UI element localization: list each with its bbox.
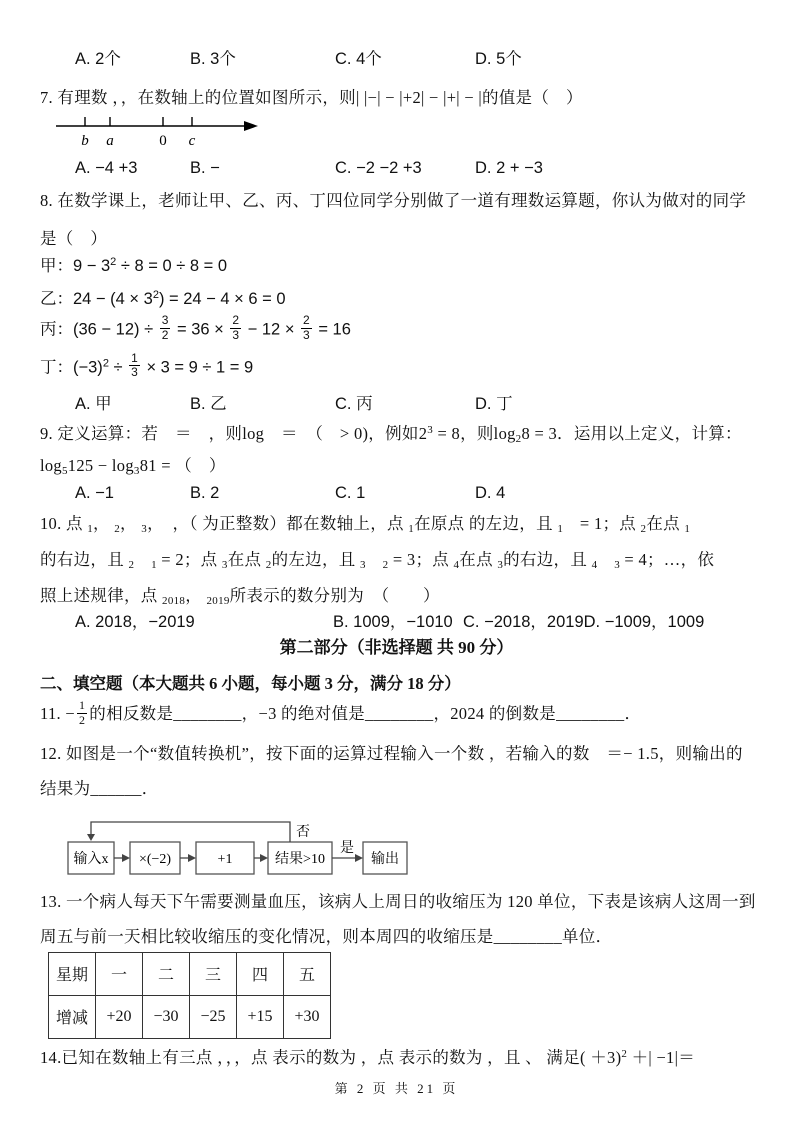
- text-segment: 125 − log: [68, 456, 134, 475]
- text-segment: 是（ ）: [40, 229, 107, 248]
- table-cell: +15: [237, 995, 284, 1038]
- fraction: 12: [77, 699, 87, 728]
- q9-options: A. −1B. 2C. 1D. 4: [40, 482, 753, 504]
- q9-options-choice-a: A. −1: [75, 482, 190, 504]
- subscript: 1: [684, 523, 690, 535]
- text-segment: ，: [93, 514, 114, 533]
- text-segment: 所表示的数分别为 （ ）: [230, 586, 440, 605]
- table-row: 星期一二三四五: [49, 952, 331, 995]
- q9-options-choice-c: C. 1: [335, 482, 475, 504]
- q9-stem-1: 9. 定义运算：若 ＝ ，则log ＝ （ > 0)，例如23 = 8，则log…: [40, 423, 753, 445]
- text-segment: 照上述规律，点: [40, 586, 162, 605]
- text-segment: 9. 定义运算：若 ＝ ，则log ＝ （ > 0)，例如2: [40, 424, 427, 443]
- q7-options-choice-a: A. −4 +3: [75, 157, 190, 179]
- text-segment: = 36 ×: [172, 321, 228, 339]
- text-segment: − 12 ×: [243, 321, 299, 339]
- q8-ding: 丁：(−3)2 ÷ 13 × 3 = 9 ÷ 1 = 9: [40, 354, 753, 383]
- text-segment: 乙：24 − (4 × 3: [40, 290, 153, 308]
- q6-options: A. 2个B. 3个C. 4个D. 5个: [40, 48, 753, 70]
- subscript: 2018: [162, 595, 185, 607]
- text-segment: 甲：9 − 3: [40, 257, 110, 275]
- text-segment: 81 = （ ）: [140, 456, 226, 475]
- text-segment: 在点: [228, 550, 266, 569]
- flow-box-label: +1: [218, 852, 233, 867]
- text-segment: 丙：(36 − 12) ÷: [40, 321, 158, 339]
- text-segment: 在点: [646, 514, 684, 533]
- text-segment: ) = 24 − 4 × 6 = 0: [159, 290, 286, 308]
- axis-arrowhead-icon: [244, 121, 258, 131]
- text-segment: 7. 有理数 ，，在数轴上的位置如图所示，则| |−| − |+2| − |+|…: [40, 88, 583, 107]
- text-segment: 14.已知在数轴上有三点 ，，，点 表示的数为 ，点 表示的数为 ，且 、 满足…: [40, 1048, 621, 1067]
- flow-label-no: 否: [296, 824, 310, 840]
- q10-options: A. 2018，−2019B. 1009，−1010C. −2018，2019D…: [40, 611, 753, 633]
- text-segment: 在原点 的左边，且: [414, 514, 557, 533]
- text-segment: ÷ 8 = 0 ÷ 8 = 0: [116, 257, 227, 275]
- q11-stem: 11. −12的相反数是________，−3 的绝对值是________，20…: [40, 701, 753, 730]
- exam-page: A. 2个B. 3个C. 4个D. 5个7. 有理数 ，，在数轴上的位置如图所示…: [0, 0, 793, 1122]
- text-segment: ＋| −1|＝: [627, 1048, 695, 1067]
- fraction: 32: [160, 314, 171, 343]
- fraction-numerator: 1: [77, 699, 87, 714]
- q9-stem-2: log5125 − log381 = （ ）: [40, 455, 753, 477]
- fraction-numerator: 3: [160, 314, 171, 329]
- q13-table: 星期一二三四五增减+20−30−25+15+30: [48, 952, 331, 1039]
- fraction-numerator: 1: [129, 352, 140, 367]
- flowchart-figure: 输入x×(−2)+1结果>10输出否是: [64, 814, 474, 886]
- part2-heading: 第二部分（非选择题 共 90 分）: [40, 637, 753, 659]
- q6-options-choice-c: C. 4个: [335, 48, 475, 70]
- fraction-denominator: 2: [160, 329, 171, 343]
- flow-label-yes: 是: [340, 840, 354, 856]
- q12-stem-2: 结果为______．: [40, 778, 753, 800]
- q8-options-choice-a: A. 甲: [75, 393, 190, 415]
- q12-stem-1: 12. 如图是一个“数值转换机”，按下面的运算过程输入一个数 ，若输入的数 ＝−…: [40, 743, 753, 765]
- flow-arrowhead-icon: [122, 854, 130, 862]
- q8-options-choice-b: B. 乙: [190, 393, 335, 415]
- text-segment: log: [40, 456, 62, 475]
- text-segment: [366, 550, 383, 569]
- fraction: 23: [301, 314, 312, 343]
- text-segment: = 4；…，依: [620, 550, 714, 569]
- flow-loop-arrowhead-icon: [87, 834, 95, 841]
- table-cell: 五: [284, 952, 331, 995]
- table-row: 增减+20−30−25+15+30: [49, 995, 331, 1038]
- table-cell: 星期: [49, 952, 96, 995]
- q8-yi: 乙：24 − (4 × 32) = 24 − 4 × 6 = 0: [40, 288, 753, 310]
- text-segment: ， ，（ 为正整数）都在数轴上，点: [147, 514, 408, 533]
- q8-options: A. 甲B. 乙C. 丙D. 丁: [40, 393, 753, 415]
- text-segment: 在点: [459, 550, 497, 569]
- flow-arrowhead-icon: [355, 854, 363, 862]
- table-cell: +20: [96, 995, 143, 1038]
- text-segment: = 16: [314, 321, 351, 339]
- q6-options-choice-d: D. 5个: [475, 48, 522, 70]
- q10-stem-1: 10. 点 1， 2， 3， ，（ 为正整数）都在数轴上，点 1在原点 的左边，…: [40, 513, 753, 535]
- fraction-numerator: 2: [301, 314, 312, 329]
- q7-stem: 7. 有理数 ，，在数轴上的位置如图所示，则| |−| − |+2| − |+|…: [40, 87, 753, 109]
- q8-options-choice-c: C. 丙: [335, 393, 475, 415]
- table-cell: 一: [96, 952, 143, 995]
- q8-stem-2: 是（ ）: [40, 228, 753, 250]
- q13-stem-1: 13. 一个病人每天下午需要测量血压，该病人上周日的收缩压为 120 单位，下表…: [40, 891, 753, 913]
- q8-stem-1: 8. 在数学课上，老师让甲、乙、丙、丁四位同学分别做了一道有理数运算题，你认为做…: [40, 190, 753, 212]
- table-cell: −30: [143, 995, 190, 1038]
- flow-box-label: 结果>10: [275, 850, 325, 867]
- tick-label: 0: [159, 133, 167, 149]
- text-segment: ÷: [109, 358, 127, 376]
- text-segment: = 2；点: [157, 550, 222, 569]
- page-footer: 第 2 页 共 21 页: [0, 1078, 793, 1097]
- fraction-denominator: 3: [129, 366, 140, 380]
- text-segment: = 8，则log: [433, 424, 516, 443]
- text-segment: 周五与前一天相比较收缩压的变化情况，则本周四的收缩压是________单位．: [40, 927, 612, 946]
- q10-options-choice-b: B. 1009，−1010: [333, 611, 463, 633]
- text-segment: 8 = 3．运用以上定义，计算：: [521, 424, 741, 443]
- table-cell: +30: [284, 995, 331, 1038]
- flow-loop: [91, 822, 290, 842]
- q8-bing: 丙：(36 − 12) ÷ 32 = 36 × 23 − 12 × 23 = 1…: [40, 316, 753, 345]
- q7-numberline: ba0c: [54, 112, 753, 152]
- q10-stem-3: 照上述规律，点 2018， 2019所表示的数分别为 （ ）: [40, 585, 753, 607]
- table-cell: 四: [237, 952, 284, 995]
- tick-label: b: [81, 133, 89, 149]
- text-segment: 10. 点: [40, 514, 87, 533]
- q9-options-choice-b: B. 2: [190, 482, 335, 504]
- q9-options-choice-d: D. 4: [475, 482, 505, 504]
- table-cell: 二: [143, 952, 190, 995]
- q8-jia: 甲：9 − 32 ÷ 8 = 0 ÷ 8 = 0: [40, 255, 753, 277]
- text-segment: 13. 一个病人每天下午需要测量血压，该病人上周日的收缩压为 120 单位，下表…: [40, 892, 756, 911]
- flow-box-label: 输出: [371, 851, 399, 867]
- text-segment: 丁：(−3): [40, 358, 103, 376]
- numberline-figure: ba0c: [54, 112, 264, 152]
- q6-options-choice-b: B. 3个: [190, 48, 335, 70]
- tick-label: c: [189, 133, 196, 149]
- fraction: 23: [230, 314, 241, 343]
- q7-options: A. −4 +3B. −C. −2 −2 +3D. 2 + −3: [40, 157, 753, 179]
- q6-options-choice-a: A. 2个: [75, 48, 190, 70]
- table-cell: 三: [190, 952, 237, 995]
- text-segment: 结果为______．: [40, 779, 159, 798]
- q10-options-choice-a: A. 2018，−2019: [75, 611, 333, 633]
- text-segment: ，: [120, 514, 141, 533]
- table-cell: 增减: [49, 995, 96, 1038]
- text-segment: 11. −: [40, 704, 75, 723]
- flow-box-label: 输入x: [74, 851, 109, 867]
- fraction-denominator: 3: [230, 329, 241, 343]
- text-segment: × 3 = 9 ÷ 1 = 9: [142, 358, 253, 376]
- text-segment: ，: [185, 586, 206, 605]
- q13-stem-2: 周五与前一天相比较收缩压的变化情况，则本周四的收缩压是________单位．: [40, 926, 753, 948]
- text-segment: [597, 550, 614, 569]
- flow-arrowhead-icon: [260, 854, 268, 862]
- text-segment: = 1；点: [563, 514, 640, 533]
- subscript: 2019: [206, 595, 229, 607]
- q10-options-choice-c: C. −2018，2019D. −1009，1009: [463, 611, 704, 633]
- q12-flowchart: 输入x×(−2)+1结果>10输出否是: [64, 814, 753, 886]
- text-segment: = 3；点: [388, 550, 453, 569]
- fraction-numerator: 2: [230, 314, 241, 329]
- q7-options-choice-b: B. −: [190, 157, 335, 179]
- text-segment: 的右边，且: [503, 550, 591, 569]
- flow-box-label: ×(−2): [139, 852, 171, 867]
- text-segment: 的左边，且: [272, 550, 360, 569]
- fraction-denominator: 3: [301, 329, 312, 343]
- text-segment: 的相反数是________，−3 的绝对值是________，2024 的倒数是…: [89, 704, 641, 723]
- flow-arrowhead-icon: [188, 854, 196, 862]
- page-content: A. 2个B. 3个C. 4个D. 5个7. 有理数 ，，在数轴上的位置如图所示…: [40, 48, 753, 1069]
- text-segment: 12. 如图是一个“数值转换机”，按下面的运算过程输入一个数 ，若输入的数 ＝−…: [40, 744, 743, 763]
- q7-options-choice-d: D. 2 + −3: [475, 157, 543, 179]
- fraction: 13: [129, 352, 140, 381]
- tick-label: a: [106, 133, 114, 149]
- fraction-denominator: 2: [77, 714, 87, 728]
- table-cell: −25: [190, 995, 237, 1038]
- text-segment: 8. 在数学课上，老师让甲、乙、丙、丁四位同学分别做了一道有理数运算题，你认为做…: [40, 191, 746, 210]
- text-segment: 的右边，且: [40, 550, 128, 569]
- q8-options-choice-d: D. 丁: [475, 393, 513, 415]
- q7-options-choice-c: C. −2 −2 +3: [335, 157, 475, 179]
- text-segment: [134, 550, 151, 569]
- q14-stem: 14.已知在数轴上有三点 ，，，点 表示的数为 ，点 表示的数为 ，且 、 满足…: [40, 1047, 753, 1069]
- section2-heading: 二、填空题（本大题共 6 小题，每小题 3 分，满分 18 分）: [40, 673, 753, 695]
- q10-stem-2: 的右边，且 2 1 = 2；点 3在点 2的左边，且 3 2 = 3；点 4在点…: [40, 549, 753, 571]
